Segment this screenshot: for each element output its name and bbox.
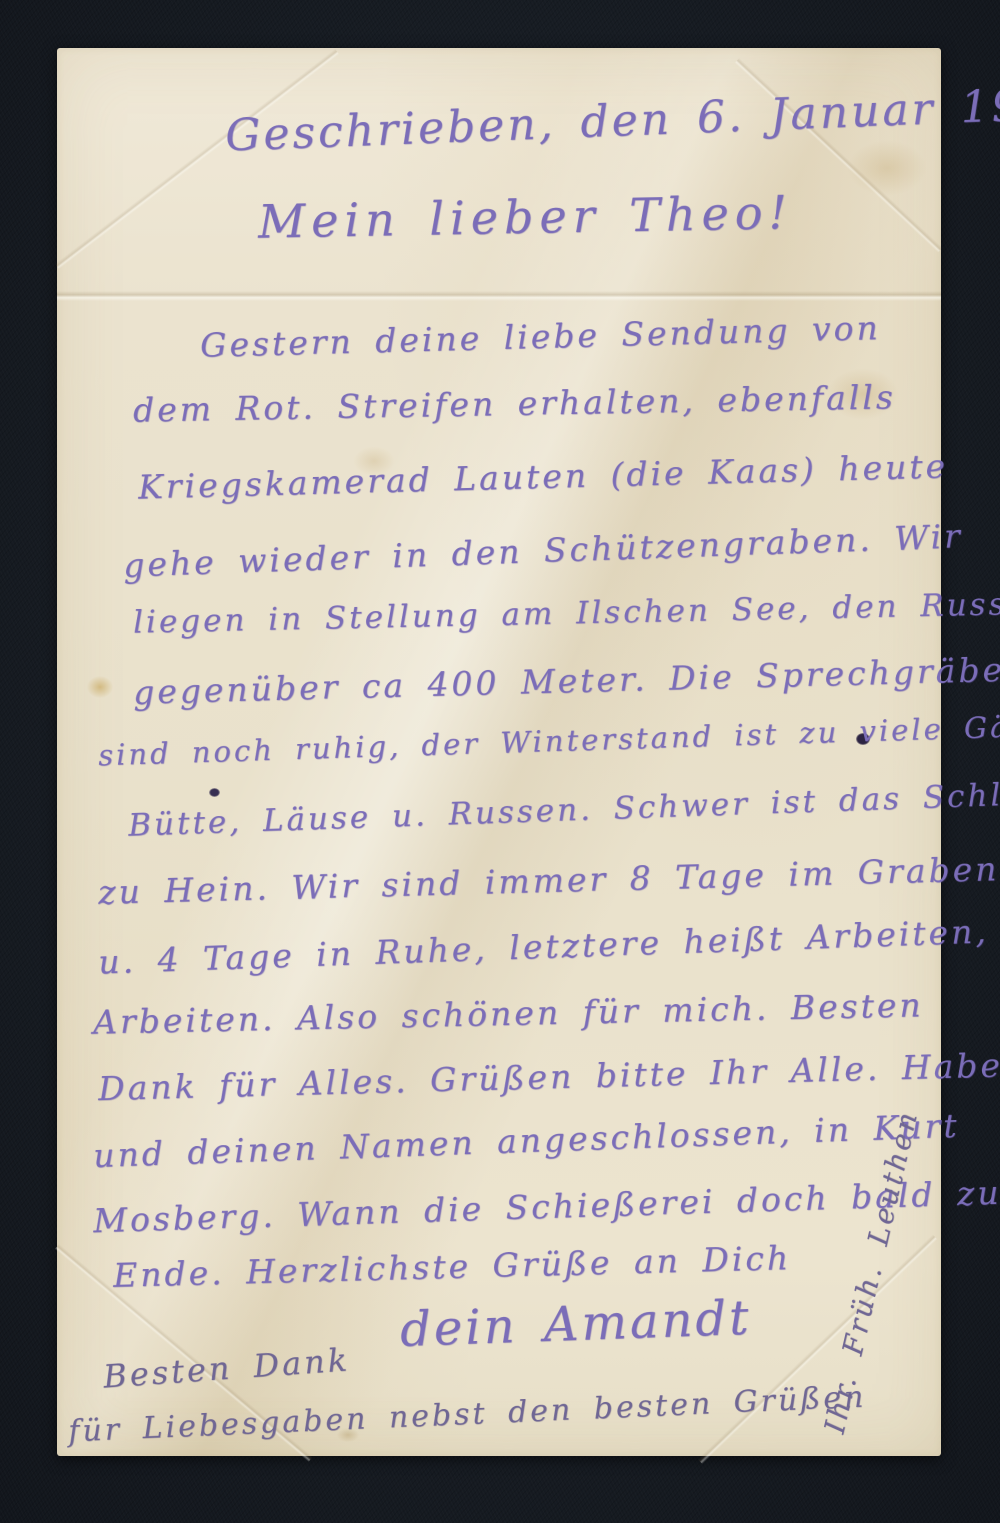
- photo-background: Geschrieben, den 6. Januar 1916. Mein li…: [0, 0, 1000, 1523]
- salutation: Mein lieber Theo!: [258, 189, 794, 244]
- signature: dein Amandt: [399, 1294, 752, 1354]
- ink-blot: [209, 788, 220, 797]
- fold-crease-horizontal: [57, 291, 941, 301]
- stain: [87, 676, 113, 698]
- stain: [847, 140, 927, 196]
